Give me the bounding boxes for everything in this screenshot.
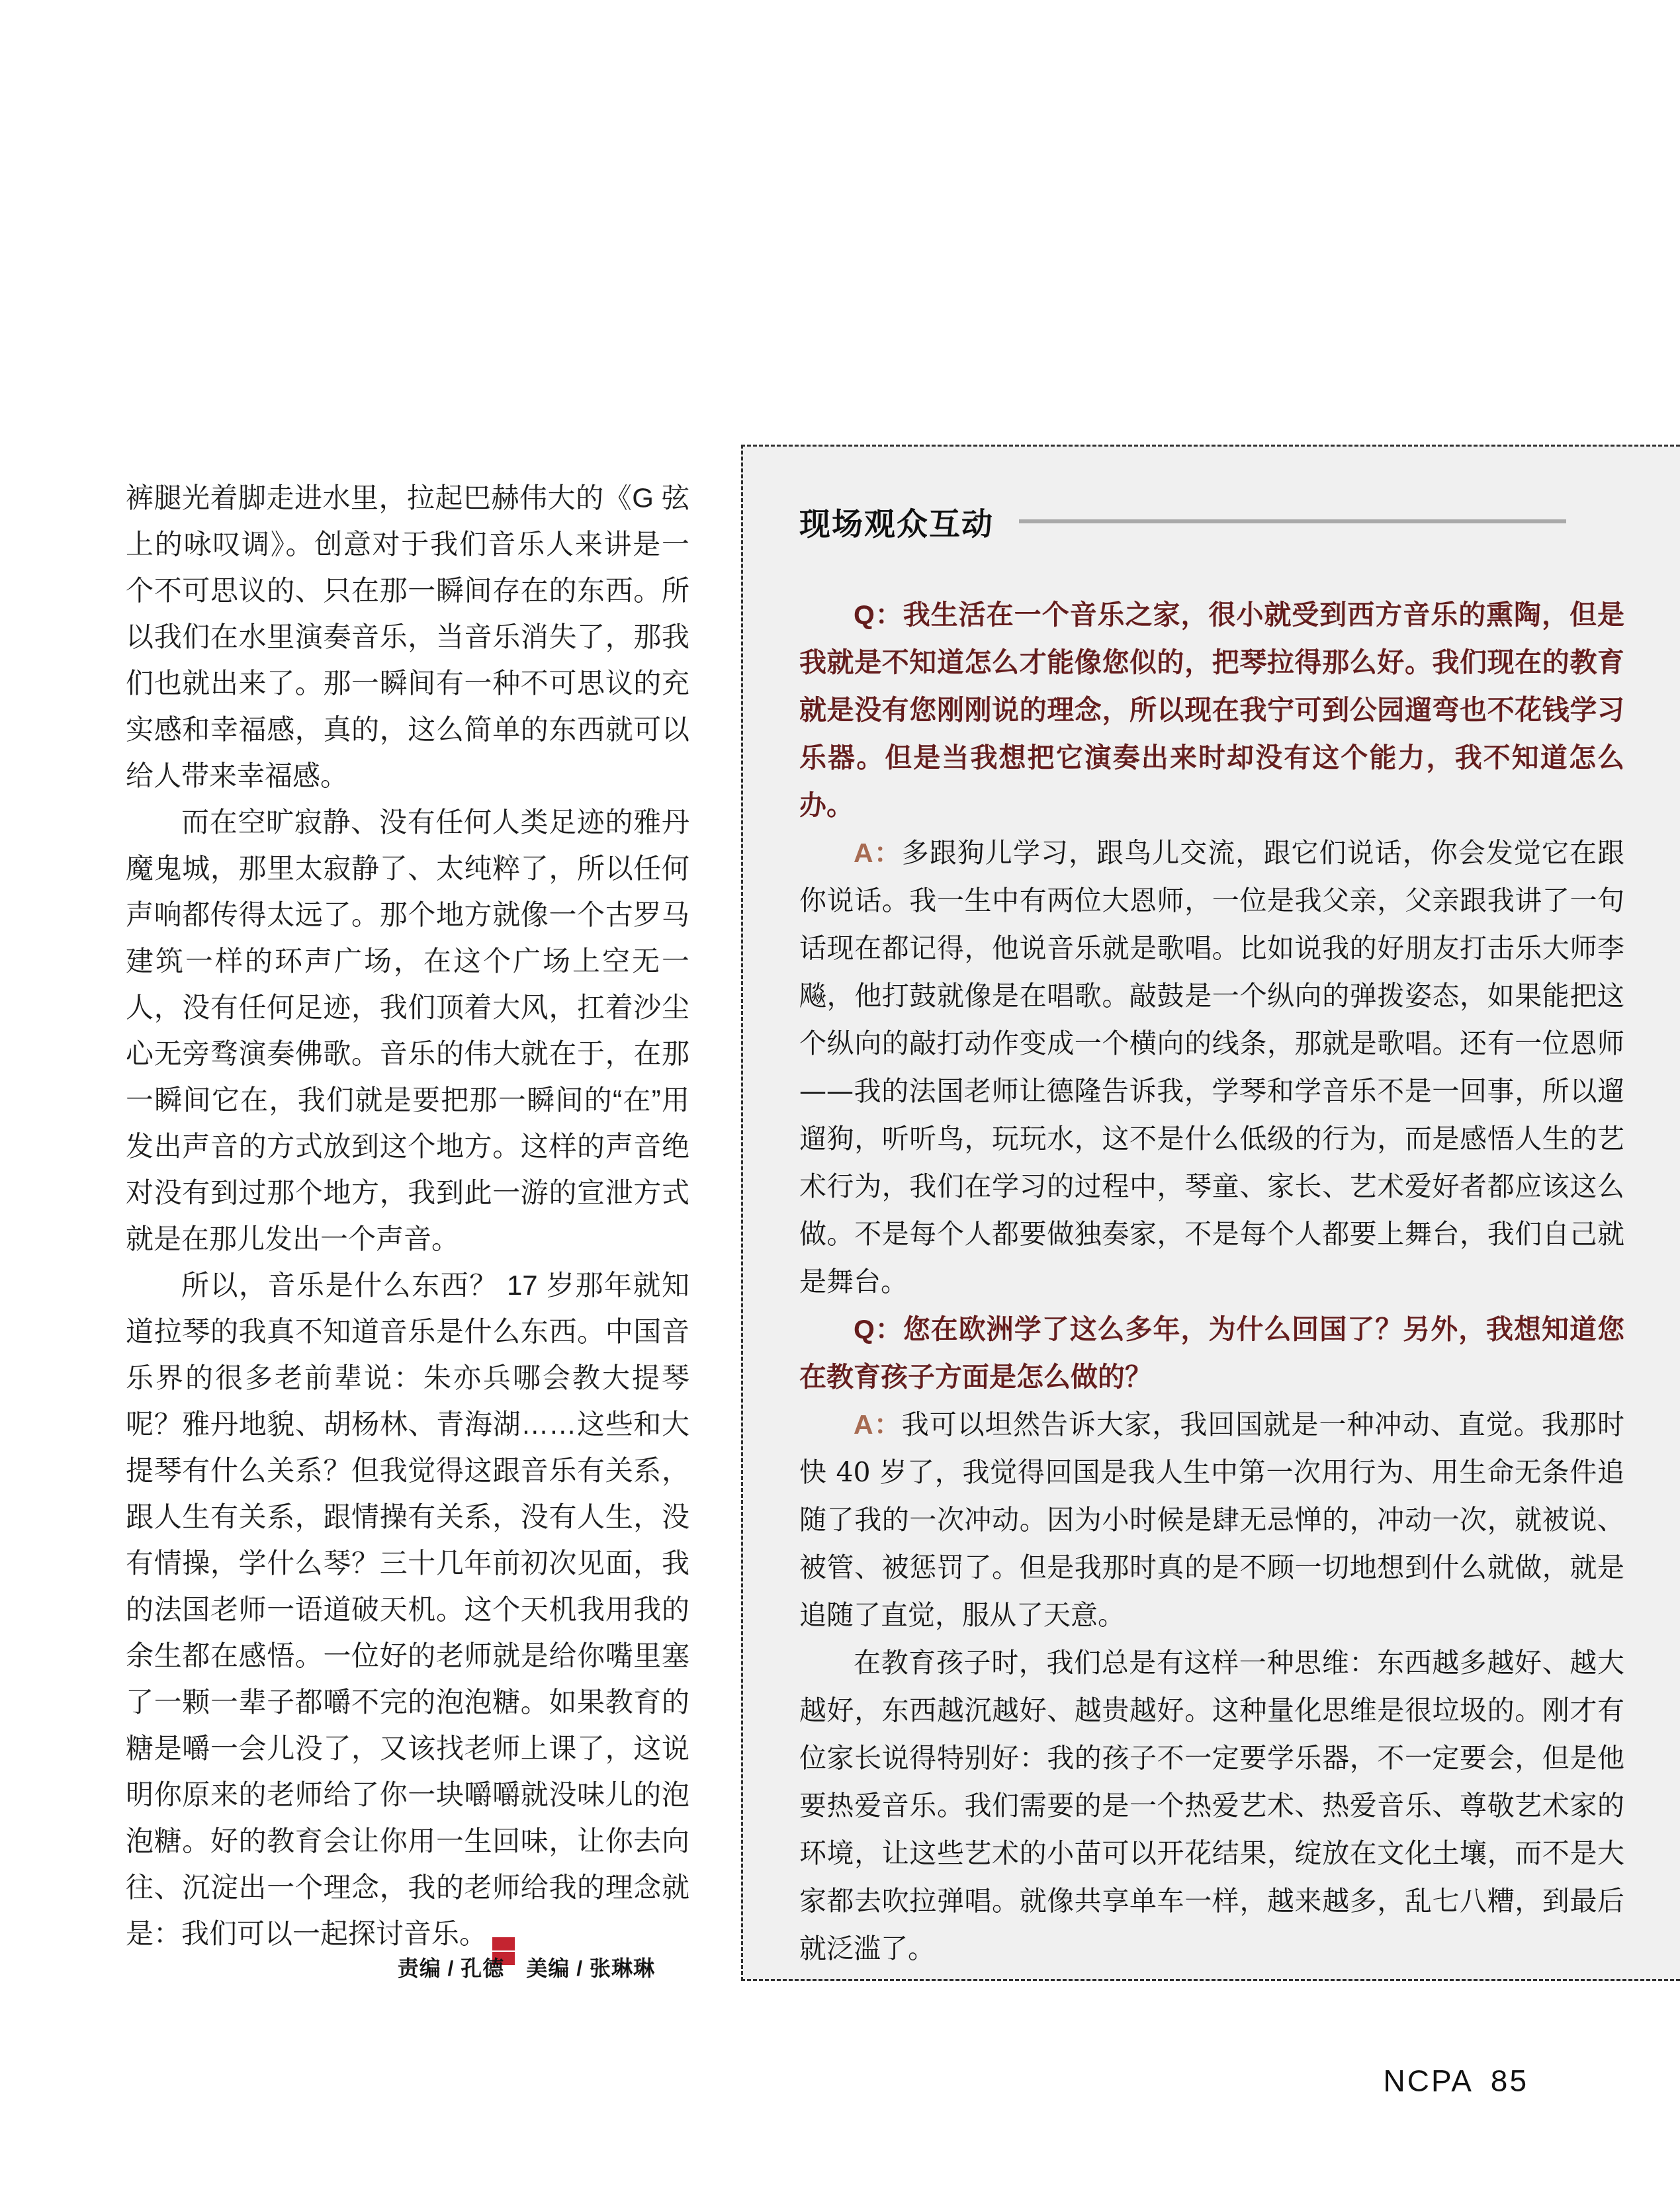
magazine-page: 裤腿光着脚走进水里，拉起巴赫伟大的《G 弦上的咏叹调》。创意对于我们音乐人来讲是… (0, 0, 1680, 2188)
answer-label: A： (854, 838, 902, 868)
qa-box: 现场观众互动 Q：我生活在一个音乐之家，很小就受到西方音乐的熏陶，但是我就是不知… (741, 445, 1680, 1981)
answer-text: 我可以坦然告诉大家，我回国就是一种冲动、直觉。我那时快 40 岁了，我觉得回国是… (799, 1409, 1624, 1631)
question-text: 我生活在一个音乐之家，很小就受到西方音乐的熏陶，但是我就是不知道怎么才能像您似的… (799, 599, 1624, 820)
left-column: 裤腿光着脚走进水里，拉起巴赫伟大的《G 弦上的咏叹调》。创意对于我们音乐人来讲是… (126, 475, 689, 1965)
question-paragraph: Q：我生活在一个音乐之家，很小就受到西方音乐的熏陶，但是我就是不知道怎么才能像您… (799, 591, 1624, 829)
question-label: Q： (854, 1314, 903, 1344)
body-paragraph: 而在空旷寂静、没有任何人类足迹的雅丹魔鬼城，那里太寂静了、太纯粹了，所以任何声响… (126, 799, 689, 1262)
ncpa-logo-top: NC (467, 1938, 540, 1952)
page-number-label: NCPA (1383, 2063, 1473, 2099)
question-paragraph: Q：您在欧洲学了这么多年，为什么回国了？另外，我想知道您在教育孩子方面是怎么做的… (799, 1305, 1624, 1401)
answer-label: A： (854, 1409, 902, 1440)
answer-text: 在教育孩子时，我们总是有这样一种思维：东西越多越好、越大越好，东西越沉越好、越贵… (799, 1647, 1624, 1964)
page-number: NCPA 85 (1383, 2063, 1528, 2099)
qa-title-row: 现场观众互动 (799, 501, 1624, 542)
answer-paragraph-continued: 在教育孩子时，我们总是有这样一种思维：东西越多越好、越大越好，东西越沉越好、越贵… (799, 1639, 1624, 1972)
answer-paragraph: A：我可以坦然告诉大家，我回国就是一种冲动、直觉。我那时快 40 岁了，我觉得回… (799, 1401, 1624, 1639)
question-text: 您在欧洲学了这么多年，为什么回国了？另外，我想知道您在教育孩子方面是怎么做的？ (799, 1314, 1624, 1392)
body-paragraph: 裤腿光着脚走进水里，拉起巴赫伟大的《G 弦上的咏叹调》。创意对于我们音乐人来讲是… (126, 475, 689, 799)
editor-credit: 责编 / 孔德 美编 / 张琳琳 (126, 1952, 655, 1982)
qa-box-title: 现场观众互动 (799, 500, 994, 544)
answer-paragraph: A：多跟狗儿学习，跟鸟儿交流，跟它们说话，你会发觉它在跟你说话。我一生中有两位大… (799, 829, 1624, 1305)
title-rule (1019, 519, 1566, 523)
question-label: Q： (854, 599, 903, 630)
qa-body: Q：我生活在一个音乐之家，很小就受到西方音乐的熏陶，但是我就是不知道怎么才能像您… (799, 591, 1624, 1972)
body-paragraph: 所以，音乐是什么东西？ 17 岁那年就知道拉琴的我真不知道音乐是什么东西。中国音… (126, 1262, 689, 1965)
page-number-value: 85 (1491, 2063, 1528, 2099)
answer-text: 多跟狗儿学习，跟鸟儿交流，跟它们说话，你会发觉它在跟你说话。我一生中有两位大恩师… (799, 837, 1624, 1297)
